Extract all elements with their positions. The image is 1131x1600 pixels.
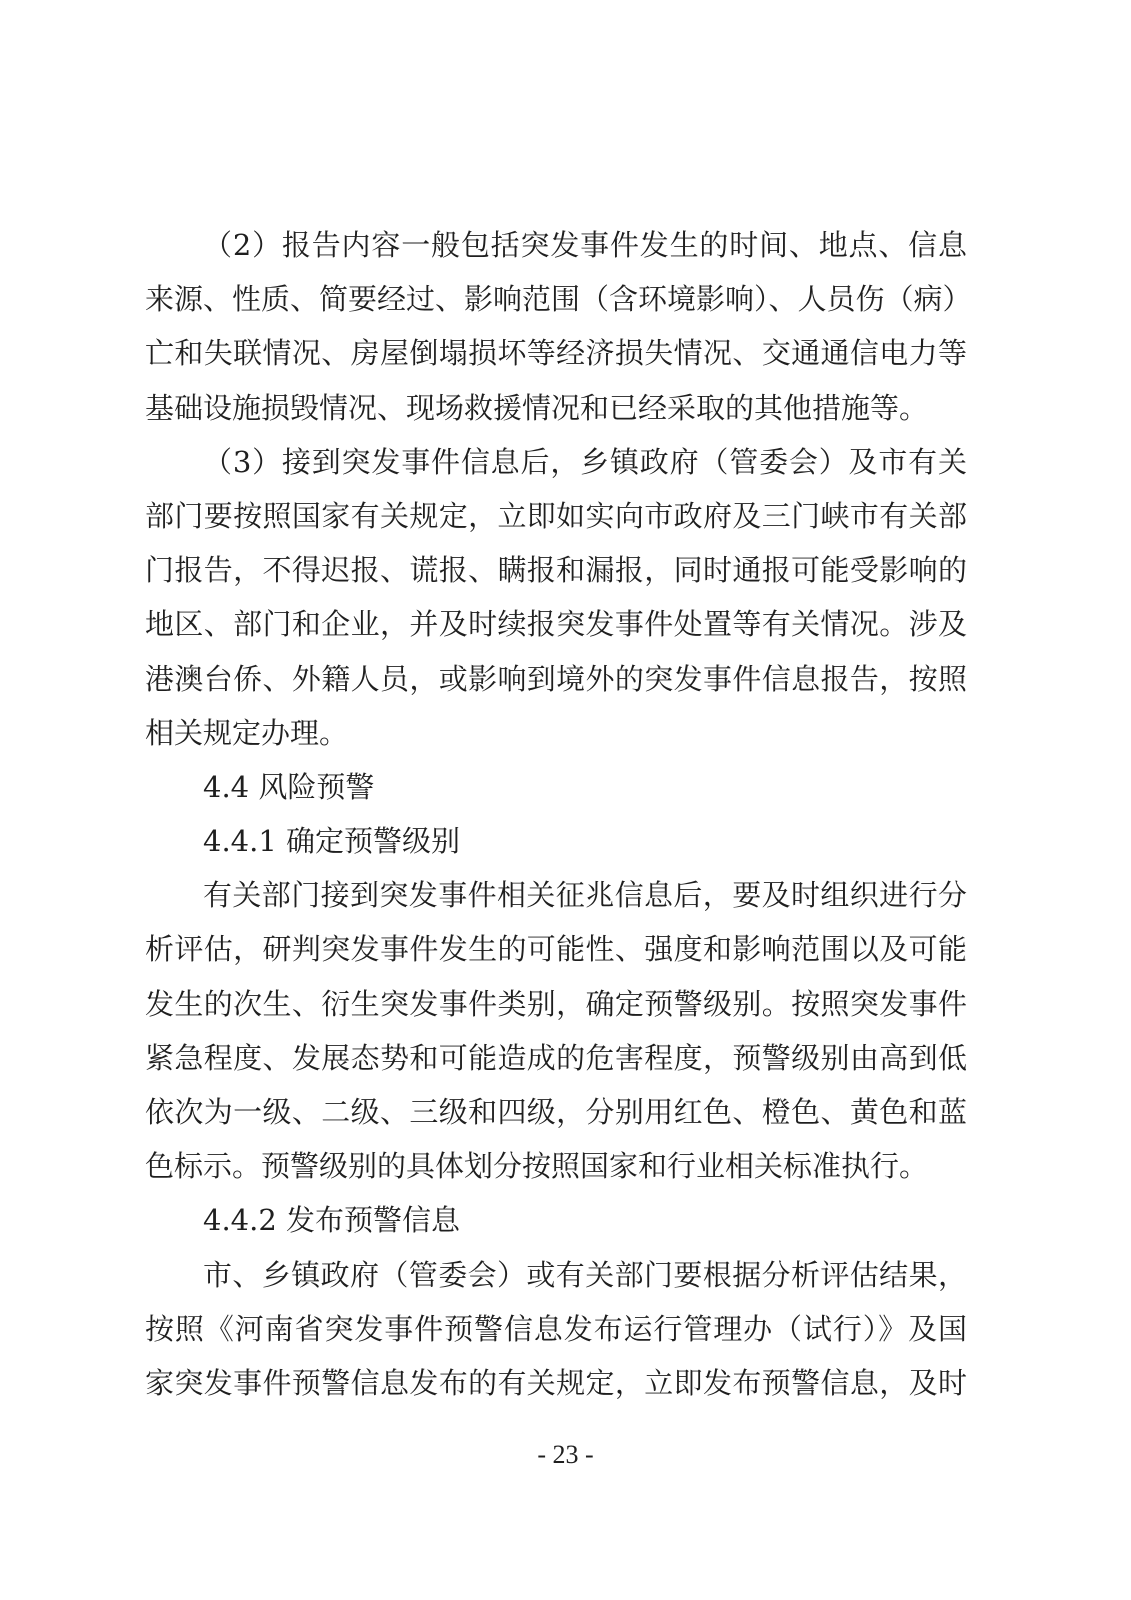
paragraph-line: 亡和失联情况、房屋倒塌损坏等经济损失情况、交通通信电力等 xyxy=(145,326,967,380)
paragraph-line: 发生的次生、衍生突发事件类别，确定预警级别。按照突发事件 xyxy=(145,977,967,1031)
paragraph-line: 相关规定办理。 xyxy=(145,706,967,760)
page-number: - 23 - xyxy=(0,1440,1131,1470)
paragraph-line: 地区、部门和企业，并及时续报突发事件处置等有关情况。涉及 xyxy=(145,597,967,651)
section-heading: 4.4 风险预警 xyxy=(145,760,967,814)
paragraph-line: 来源、性质、简要经过、影响范围（含环境影响）、人员伤（病） xyxy=(145,272,967,326)
paragraph-line: 析评估，研判突发事件发生的可能性、强度和影响范围以及可能 xyxy=(145,922,967,976)
paragraph-line: （3）接到突发事件信息后，乡镇政府（管委会）及市有关 xyxy=(145,435,967,489)
subsection-heading: 4.4.1 确定预警级别 xyxy=(145,814,967,868)
subsection-heading: 4.4.2 发布预警信息 xyxy=(145,1193,967,1247)
paragraph-line: 家突发事件预警信息发布的有关规定，立即发布预警信息，及时 xyxy=(145,1356,967,1410)
paragraph-line: 紧急程度、发展态势和可能造成的危害程度，预警级别由高到低 xyxy=(145,1031,967,1085)
paragraph-line: （2）报告内容一般包括突发事件发生的时间、地点、信息 xyxy=(145,218,967,272)
document-page: （2）报告内容一般包括突发事件发生的时间、地点、信息 来源、性质、简要经过、影响… xyxy=(0,0,1131,1600)
paragraph-line: 港澳台侨、外籍人员，或影响到境外的突发事件信息报告，按照 xyxy=(145,652,967,706)
body-text: （2）报告内容一般包括突发事件发生的时间、地点、信息 来源、性质、简要经过、影响… xyxy=(145,218,967,1410)
paragraph-line: 色标示。预警级别的具体划分按照国家和行业相关标准执行。 xyxy=(145,1139,967,1193)
paragraph-line: 按照《河南省突发事件预警信息发布运行管理办（试行）》及国 xyxy=(145,1302,967,1356)
paragraph-line: 有关部门接到突发事件相关征兆信息后，要及时组织进行分 xyxy=(145,868,967,922)
paragraph-line: 依次为一级、二级、三级和四级，分别用红色、橙色、黄色和蓝 xyxy=(145,1085,967,1139)
paragraph-line: 市、乡镇政府（管委会）或有关部门要根据分析评估结果， xyxy=(145,1248,967,1302)
paragraph-line: 门报告，不得迟报、谎报、瞒报和漏报，同时通报可能受影响的 xyxy=(145,543,967,597)
paragraph-line: 部门要按照国家有关规定，立即如实向市政府及三门峡市有关部 xyxy=(145,489,967,543)
paragraph-line: 基础设施损毁情况、现场救援情况和已经采取的其他措施等。 xyxy=(145,381,967,435)
